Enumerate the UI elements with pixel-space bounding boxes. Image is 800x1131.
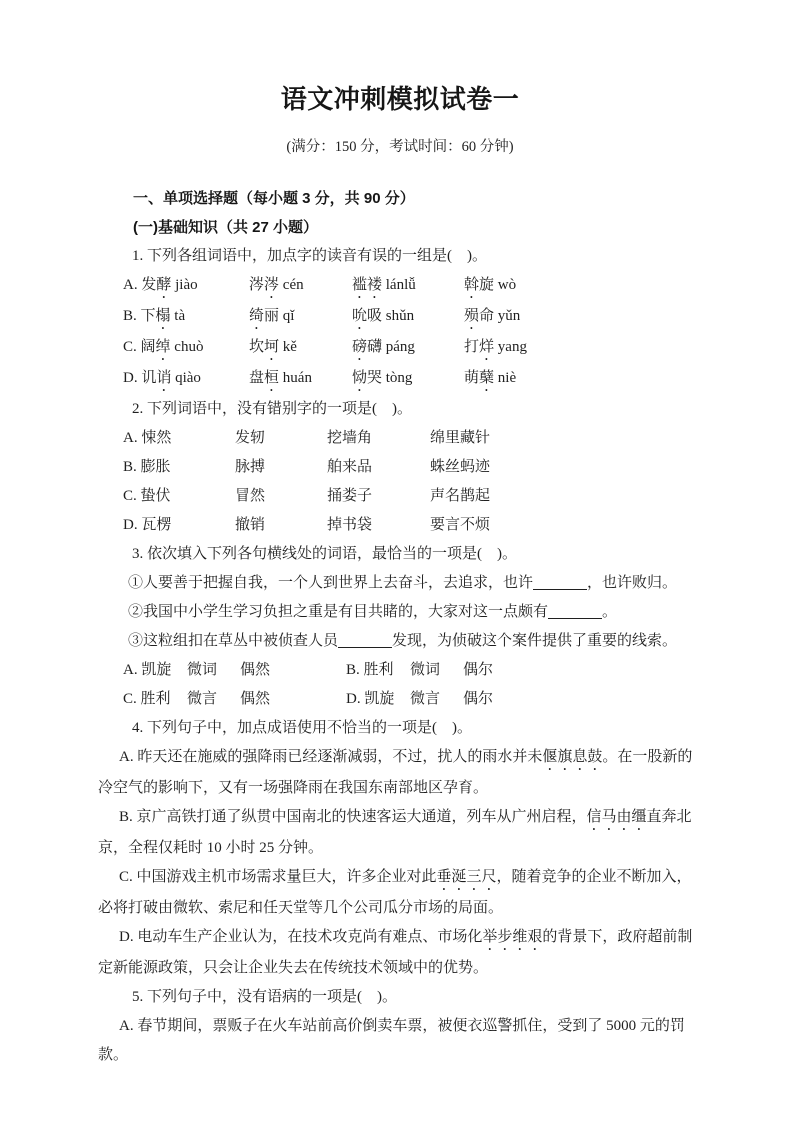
q2-row-b: B. 膨胀 脉搏 舶来品 蛛丝蚂迹 xyxy=(98,453,710,482)
q2-row-c: C. 蛰伏 冒然 捅娄子 声名鹊起 xyxy=(98,482,710,511)
q3-option-b-word1: B. 胜利 xyxy=(346,656,410,685)
blank-underline xyxy=(338,646,392,648)
q1-row-d: D. 讥诮 qiào 盘桓 huán 恸哭 tòng 萌蘖 niè xyxy=(98,364,710,395)
q3-option-d-word1: D. 凯旋 xyxy=(346,685,410,714)
question-1-stem: 1. 下列各组词语中，加点字的读音有误的一组是( )。 xyxy=(98,242,710,271)
question-1-options: A. 发酵 jiào 涔涔 cén 褴褛 lánlǚ 斡旋 wò B. 下榻 t… xyxy=(98,271,710,395)
q1-row-b: B. 下榻 tà 绮丽 qǐ 吮吸 shǔn 殒命 yǔn xyxy=(98,302,710,333)
q1-option-a1: A. 发酵 jiào xyxy=(123,271,249,302)
q3-option-a-word2: 微词 xyxy=(187,656,240,685)
q4-option-c-line-1: C. 中国游戏主机市场需求量巨大，许多企业对此垂涎三尺，随着竞争的企业不断加入， xyxy=(98,863,710,894)
q1-option-d4: 萌蘖 niè xyxy=(464,364,710,395)
q2-option-d2: 撤销 xyxy=(235,511,327,540)
q2-option-c2: 冒然 xyxy=(235,482,327,511)
q2-option-d4: 要言不烦 xyxy=(430,511,710,540)
q2-option-d1: D. 瓦楞 xyxy=(123,511,235,540)
q1-option-d3: 恸哭 tòng xyxy=(352,364,464,395)
question-2-options: A. 悚然 发轫 挖墙角 绵里藏针 B. 膨胀 脉搏 舶来品 蛛丝蚂迹 C. 蛰… xyxy=(98,424,710,540)
q1-option-b4: 殒命 yǔn xyxy=(464,302,710,333)
q1-option-b3: 吮吸 shǔn xyxy=(352,302,464,333)
q3-option-c-word1: C. 胜利 xyxy=(123,685,187,714)
q1-row-a: A. 发酵 jiào 涔涔 cén 褴褛 lánlǚ 斡旋 wò xyxy=(98,271,710,302)
q1-option-d1: D. 讥诮 qiào xyxy=(123,364,249,395)
q4-option-b-line-2: 京，全程仅耗时 10 小时 25 分钟。 xyxy=(98,834,710,863)
q1-option-b2: 绮丽 qǐ xyxy=(249,302,352,333)
q3-sentence-1: ①人要善于把握自我，一个人到世界上去奋斗，去追求，也许，也许败归。 xyxy=(98,569,710,598)
q3-option-d-word2: 微言 xyxy=(410,685,463,714)
q1-option-c3: 磅礴 páng xyxy=(352,333,464,364)
q1-option-c4: 打烊 yang xyxy=(464,333,710,364)
q2-option-b2: 脉搏 xyxy=(235,453,327,482)
q2-row-d: D. 瓦楞 撤销 掉书袋 要言不烦 xyxy=(98,511,710,540)
q2-option-a3: 挖墙角 xyxy=(327,424,430,453)
q1-row-c: C. 阔绰 chuò 坎坷 kě 磅礴 páng 打烊 yang xyxy=(98,333,710,364)
q1-option-d2: 盘桓 huán xyxy=(249,364,352,395)
q3-option-b-word3: 偶尔 xyxy=(463,656,710,685)
exam-paper-page: 语文冲刺模拟试卷一 (满分：150 分，考试时间：60 分钟) 一、单项选择题（… xyxy=(0,0,800,1131)
q2-option-a4: 绵里藏针 xyxy=(430,424,710,453)
q1-option-a4: 斡旋 wò xyxy=(464,271,710,302)
q1-option-a3: 褴褛 lánlǚ xyxy=(352,271,464,302)
q3-option-a-word1: A. 凯旋 xyxy=(123,656,187,685)
q2-row-a: A. 悚然 发轫 挖墙角 绵里藏针 xyxy=(98,424,710,453)
q2-option-c1: C. 蛰伏 xyxy=(123,482,235,511)
q3-option-a: A. 凯旋 微词 偶然 xyxy=(123,656,346,685)
exam-info-line: (满分：150 分，考试时间：60 分钟) xyxy=(0,138,800,156)
q5-option-a-line-2: 款。 xyxy=(98,1041,710,1070)
q3-option-c-word3: 偶然 xyxy=(240,685,346,714)
section-heading: 一、单项选择题（每小题 3 分，共 90 分） xyxy=(98,184,710,213)
exam-title: 语文冲刺模拟试卷一 xyxy=(0,84,800,114)
q4-option-c-line-2: 必将打破由微软、索尼和任天堂等几个公司瓜分市场的局面。 xyxy=(98,894,710,923)
q2-option-a2: 发轫 xyxy=(235,424,327,453)
question-2-stem: 2. 下列词语中，没有错别字的一项是( )。 xyxy=(98,395,710,424)
q4-option-d-line-2: 定新能源政策，只会让企业失去在传统技术领域中的优势。 xyxy=(98,954,710,983)
question-5-stem: 5. 下列句子中，没有语病的一项是( )。 xyxy=(98,983,710,1012)
q2-option-d3: 掉书袋 xyxy=(327,511,430,540)
q2-option-b3: 舶来品 xyxy=(327,453,430,482)
q2-option-c3: 捅娄子 xyxy=(327,482,430,511)
q3-option-c: C. 胜利 微言 偶然 xyxy=(123,685,346,714)
q3-sentence-2: ②我国中小学生学习负担之重是有目共睹的，大家对这一点颇有。 xyxy=(98,598,710,627)
q5-option-a-line-1: A. 春节期间，票贩子在火车站前高价倒卖车票，被便衣巡警抓住，受到了 5000 … xyxy=(98,1012,710,1041)
q3-option-d-word3: 偶尔 xyxy=(463,685,710,714)
q4-option-b-line-1: B. 京广高铁打通了纵贯中国南北的快速客运大通道，列车从广州启程，信马由缰直奔北 xyxy=(98,803,710,834)
q4-option-a-line-1: A. 昨天还在施威的强降雨已经逐渐减弱，不过，扰人的雨水并未偃旗息鼓。在一股新的 xyxy=(98,743,710,774)
blank-underline xyxy=(548,617,602,619)
q3-option-b-word2: 微词 xyxy=(410,656,463,685)
subsection-heading: (一)基础知识（共 27 小题） xyxy=(98,213,710,242)
q2-option-b1: B. 膨胀 xyxy=(123,453,235,482)
q3-option-b: B. 胜利 微词 偶尔 xyxy=(346,656,710,685)
question-3-stem: 3. 依次填入下列各句横线处的词语，最恰当的一项是( )。 xyxy=(98,540,710,569)
q1-option-c1: C. 阔绰 chuò xyxy=(123,333,249,364)
q3-option-a-word3: 偶然 xyxy=(240,656,346,685)
exam-body: 一、单项选择题（每小题 3 分，共 90 分） (一)基础知识（共 27 小题）… xyxy=(98,184,710,1070)
q1-option-a2: 涔涔 cén xyxy=(249,271,352,302)
q3-option-d: D. 凯旋 微言 偶尔 xyxy=(346,685,710,714)
q2-option-a1: A. 悚然 xyxy=(123,424,235,453)
q2-option-c4: 声名鹊起 xyxy=(430,482,710,511)
q3-sentence-3: ③这粒组扣在草丛中被侦查人员发现，为侦破这个案件提供了重要的线索。 xyxy=(98,627,710,656)
q2-option-b4: 蛛丝蚂迹 xyxy=(430,453,710,482)
question-4-stem: 4. 下列句子中，加点成语使用不恰当的一项是( )。 xyxy=(98,714,710,743)
q4-option-a-line-2: 冷空气的影响下，又有一场强降雨在我国东南部地区孕育。 xyxy=(98,774,710,803)
q3-options-row-2: C. 胜利 微言 偶然 D. 凯旋 微言 偶尔 xyxy=(98,685,710,714)
blank-underline xyxy=(533,588,587,590)
q1-option-c2: 坎坷 kě xyxy=(249,333,352,364)
q4-option-d-line-1: D. 电动车生产企业认为，在技术攻克尚有难点、市场化举步维艰的背景下，政府超前制 xyxy=(98,923,710,954)
q1-option-b1: B. 下榻 tà xyxy=(123,302,249,333)
q3-option-c-word2: 微言 xyxy=(187,685,240,714)
q3-options-row-1: A. 凯旋 微词 偶然 B. 胜利 微词 偶尔 xyxy=(98,656,710,685)
